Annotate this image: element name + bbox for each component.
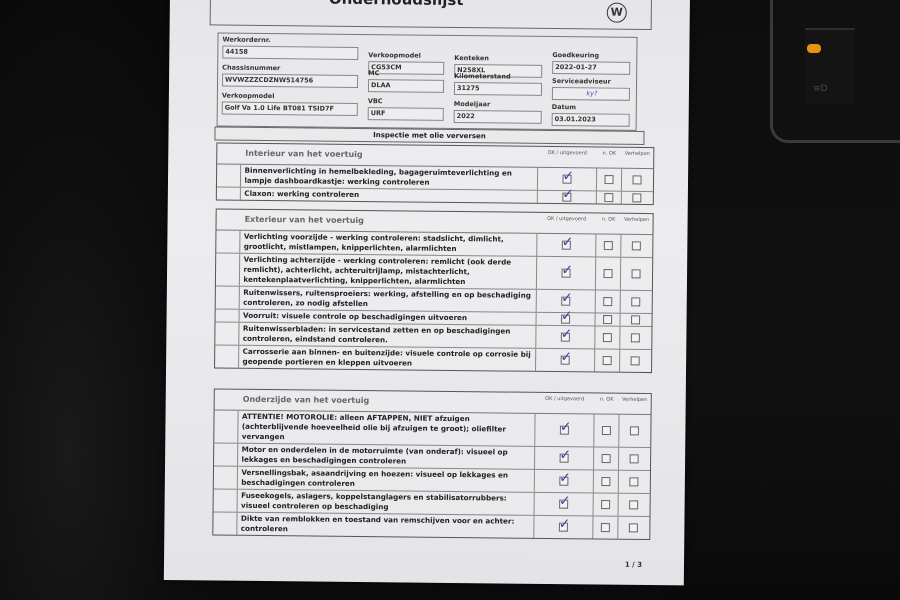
checkbox-fix[interactable] bbox=[632, 241, 641, 250]
cell-fix bbox=[622, 192, 653, 204]
checkbox-not-ok[interactable] bbox=[601, 523, 610, 532]
checkbox-fix[interactable] bbox=[631, 333, 640, 342]
console-button-icon: ≡D bbox=[813, 84, 827, 94]
section-title: Exterieur van het voertuig bbox=[245, 215, 364, 225]
column-header-fix: Verhelpen bbox=[621, 217, 653, 223]
cell-ok: ✓ bbox=[537, 191, 597, 204]
field-datum: Datum03.01.2023 bbox=[552, 103, 630, 127]
field-label: Chassisnummer bbox=[222, 64, 358, 73]
handwritten-check-icon: ✓ bbox=[561, 309, 573, 323]
field-value: 31275 bbox=[454, 82, 542, 96]
cell-not-ok bbox=[596, 313, 621, 325]
cell-fix bbox=[620, 327, 651, 349]
handwritten-check-icon: ✓ bbox=[561, 327, 573, 341]
handwritten-check-icon: ✓ bbox=[559, 517, 571, 531]
row-index-cell bbox=[216, 309, 241, 321]
column-header-not-ok: n. OK bbox=[597, 216, 621, 222]
cell-fix bbox=[619, 471, 650, 493]
column-header-fix: Verhelpen bbox=[619, 397, 651, 403]
column-header-ok: OK / uitgevoerd bbox=[535, 396, 595, 403]
field-value: 03.01.2023 bbox=[552, 113, 630, 127]
cell-fix bbox=[619, 448, 650, 470]
cell-not-ok bbox=[594, 470, 619, 492]
checklist-row: Dikte van remblokken en toestand van rem… bbox=[213, 512, 649, 539]
handwritten-check-icon: ✓ bbox=[562, 169, 574, 183]
field-label: Datum bbox=[552, 103, 630, 112]
cell-ok: ✓ bbox=[537, 257, 597, 290]
cell-fix bbox=[620, 291, 651, 313]
handwritten-check-icon: ✓ bbox=[559, 494, 571, 508]
checkbox-fix[interactable] bbox=[632, 297, 641, 306]
checkbox-not-ok[interactable] bbox=[605, 175, 614, 184]
field-label: Kilometerstand bbox=[454, 72, 542, 81]
checkbox-fix[interactable] bbox=[633, 175, 642, 184]
handwritten-check-icon: ✓ bbox=[560, 350, 572, 364]
checkbox-not-ok[interactable] bbox=[604, 269, 613, 278]
field-serviceadviseur: Serviceadviseurky? bbox=[552, 77, 630, 101]
checkbox-fix[interactable] bbox=[630, 477, 639, 486]
cell-ok: ✓ bbox=[534, 516, 594, 539]
cell-not-ok bbox=[597, 191, 622, 203]
field-value: DLAA bbox=[368, 79, 444, 93]
field-verkoopmodel: VerkoopmodelGolf Va 1.0 Life BT081 TSID7… bbox=[222, 92, 358, 116]
cell-fix bbox=[618, 494, 649, 516]
checklist-item-text: Ruitenwissers, ruitensproeiers: werking,… bbox=[240, 287, 536, 312]
cell-not-ok bbox=[596, 326, 621, 348]
section-onderzijde: Onderzijde van het voertuigOK / uitgevoe… bbox=[212, 388, 652, 540]
row-index-cell bbox=[214, 410, 239, 442]
field-label: VBC bbox=[368, 97, 444, 106]
section-title: Onderzijde van het voertuig bbox=[243, 395, 370, 405]
checklist-item-text: Fuseekogels, aslagers, koppelstanglagers… bbox=[238, 490, 534, 515]
field-value: Golf Va 1.0 Life BT081 TSID7F bbox=[222, 102, 358, 116]
cell-not-ok bbox=[596, 257, 621, 289]
field-label: MC bbox=[368, 69, 444, 78]
checkbox-fix[interactable] bbox=[629, 523, 638, 532]
vw-logo-icon: W bbox=[607, 3, 627, 23]
handwritten-check-icon: ✓ bbox=[559, 448, 571, 462]
row-index-cell bbox=[214, 443, 239, 465]
cell-not-ok bbox=[596, 290, 621, 312]
checklist-item-text: Motor en onderdelen in de motorruimte (v… bbox=[238, 444, 534, 469]
hazard-led-icon bbox=[807, 44, 821, 53]
checkbox-fix[interactable] bbox=[630, 454, 639, 463]
checkbox-not-ok[interactable] bbox=[604, 241, 613, 250]
cell-not-ok bbox=[594, 493, 619, 515]
checklist-item-text: Carrosserie aan binnen- en buitenzijde: … bbox=[240, 346, 536, 371]
section-exterieur: Exterieur van het voertuigOK / uitgevoer… bbox=[214, 208, 654, 373]
cell-fix bbox=[622, 169, 653, 191]
checkbox-not-ok[interactable] bbox=[603, 333, 612, 342]
section-title: Interieur van het voertuig bbox=[245, 149, 362, 159]
cell-ok: ✓ bbox=[536, 349, 596, 372]
field-value: URF bbox=[368, 107, 444, 121]
row-index-cell bbox=[216, 253, 241, 285]
field-modeljaar: Modeljaar2022 bbox=[454, 100, 542, 124]
checkbox-fix[interactable] bbox=[632, 269, 641, 278]
checklist-row: Carrosserie aan binnen- en buitenzijde: … bbox=[215, 345, 651, 372]
vehicle-info-box: Werkordernr.44158VerkoopmodelCG53CMKente… bbox=[217, 33, 638, 131]
field-value: 2022-01-27 bbox=[552, 61, 630, 75]
checkbox-fix[interactable] bbox=[631, 356, 640, 365]
checklist-item-text: ATTENTIE! MOTOROLIE: alleen AFTAPPEN, NI… bbox=[239, 411, 536, 446]
checklist-item-text: Verlichting achterzijde - werking contro… bbox=[240, 254, 537, 289]
checkbox-not-ok[interactable] bbox=[602, 454, 611, 463]
field-label: Modeljaar bbox=[454, 100, 542, 109]
row-index-cell bbox=[216, 286, 241, 308]
cell-fix bbox=[618, 517, 649, 539]
field-label: Kenteken bbox=[454, 54, 542, 63]
field-label: Goedkeuring bbox=[552, 51, 630, 60]
field-value: 44158 bbox=[222, 46, 358, 60]
checkbox-not-ok[interactable] bbox=[602, 426, 611, 435]
handwritten-check-icon: ✓ bbox=[562, 235, 574, 249]
column-header-not-ok: n. OK bbox=[597, 150, 621, 156]
cell-not-ok bbox=[595, 414, 620, 446]
row-index-cell bbox=[214, 466, 239, 488]
cell-not-ok bbox=[595, 349, 620, 371]
column-header-not-ok: n. OK bbox=[595, 396, 619, 402]
column-header-fix: Verhelpen bbox=[621, 151, 653, 157]
checkbox-not-ok[interactable] bbox=[601, 477, 610, 486]
title-box: Onderhoudslijst W bbox=[210, 0, 652, 30]
cell-ok: ✓ bbox=[536, 313, 596, 326]
field-mc: MCDLAA bbox=[368, 69, 444, 93]
field-label: Verkoopmodel bbox=[222, 92, 358, 101]
field-vbc: VBCURF bbox=[368, 97, 444, 121]
page-number: 1 / 3 bbox=[625, 561, 642, 569]
column-header-ok: OK / uitgevoerd bbox=[537, 216, 597, 223]
checkbox-not-ok[interactable] bbox=[603, 356, 612, 365]
checkbox-fix[interactable] bbox=[631, 315, 640, 324]
field-label: Serviceadviseur bbox=[552, 77, 630, 86]
checkbox-fix[interactable] bbox=[633, 193, 642, 202]
field-value: ky? bbox=[552, 87, 630, 101]
cell-fix bbox=[619, 415, 651, 447]
checkbox-not-ok[interactable] bbox=[603, 297, 612, 306]
document-title: Onderhoudslijst bbox=[329, 0, 464, 9]
cell-ok: ✓ bbox=[535, 447, 595, 470]
cell-not-ok bbox=[597, 168, 622, 190]
cell-not-ok bbox=[594, 516, 619, 538]
row-index-cell bbox=[215, 322, 240, 344]
field-werkordernr: Werkordernr.44158 bbox=[222, 36, 358, 60]
field-value: WVWZZZCDZNW514756 bbox=[222, 74, 358, 88]
cell-not-ok bbox=[594, 447, 619, 469]
checklist-row: Verlichting achterzijde - werking contro… bbox=[216, 253, 652, 291]
cell-fix bbox=[621, 235, 652, 257]
checklist-item-text: Binnenverlichting in hemelbekleding, bag… bbox=[241, 165, 537, 190]
cell-ok: ✓ bbox=[536, 326, 596, 349]
field-value: 2022 bbox=[454, 110, 542, 124]
checklist-item-text: Ruitenwisserbladen: in servicestand zett… bbox=[240, 323, 536, 348]
checkbox-fix[interactable] bbox=[630, 426, 639, 435]
row-index-cell bbox=[217, 188, 242, 200]
field-kilometerstand: Kilometerstand31275 bbox=[454, 72, 542, 96]
cell-fix bbox=[621, 258, 653, 290]
field-goedkeuring: Goedkeuring2022-01-27 bbox=[552, 51, 630, 75]
checkbox-not-ok[interactable] bbox=[601, 500, 610, 509]
checklist-item-text: Dikte van remblokken en toestand van rem… bbox=[238, 513, 534, 538]
checklist-item-text: Verlichting voorzijde - werking controle… bbox=[241, 231, 537, 256]
row-index-cell bbox=[214, 489, 239, 511]
handwritten-check-icon: ✓ bbox=[562, 187, 574, 201]
row-index-cell bbox=[215, 345, 240, 367]
handwritten-check-icon: ✓ bbox=[561, 291, 573, 305]
row-index-cell bbox=[213, 512, 238, 534]
cell-ok: ✓ bbox=[537, 234, 597, 257]
row-index-cell bbox=[216, 230, 241, 252]
handwritten-check-icon: ✓ bbox=[560, 420, 572, 434]
checklist-item-text: Versnellingsbak, asaandrijving en hoezen… bbox=[238, 467, 534, 492]
checkbox-not-ok[interactable] bbox=[604, 193, 613, 202]
cell-ok: ✓ bbox=[534, 493, 594, 516]
row-index-cell bbox=[217, 165, 242, 187]
checkbox-not-ok[interactable] bbox=[603, 315, 612, 324]
handwritten-check-icon: ✓ bbox=[561, 263, 573, 277]
maintenance-checklist-document: Onderhoudslijst W Werkordernr.44158Verko… bbox=[164, 0, 690, 585]
field-chassisnummer: ChassisnummerWVWZZZCDZNW514756 bbox=[222, 64, 358, 88]
cell-ok: ✓ bbox=[535, 414, 595, 447]
checkbox-fix[interactable] bbox=[629, 500, 638, 509]
center-console: ≡D bbox=[770, 0, 900, 143]
checklist-item-text: Claxon: werking controleren bbox=[241, 188, 537, 203]
section-interieur: Interieur van het voertuigOK / uitgevoer… bbox=[216, 142, 655, 205]
field-label: Verkoopmodel bbox=[368, 51, 444, 60]
handwritten-check-icon: ✓ bbox=[559, 471, 571, 485]
cell-not-ok bbox=[597, 234, 622, 256]
cell-ok: ✓ bbox=[534, 470, 594, 493]
cell-fix bbox=[620, 350, 651, 372]
cell-fix bbox=[620, 314, 651, 326]
field-label: Werkordernr. bbox=[222, 36, 358, 45]
column-header-ok: OK / uitgevoerd bbox=[537, 150, 597, 157]
checklist-row: ATTENTIE! MOTOROLIE: alleen AFTAPPEN, NI… bbox=[214, 410, 650, 448]
